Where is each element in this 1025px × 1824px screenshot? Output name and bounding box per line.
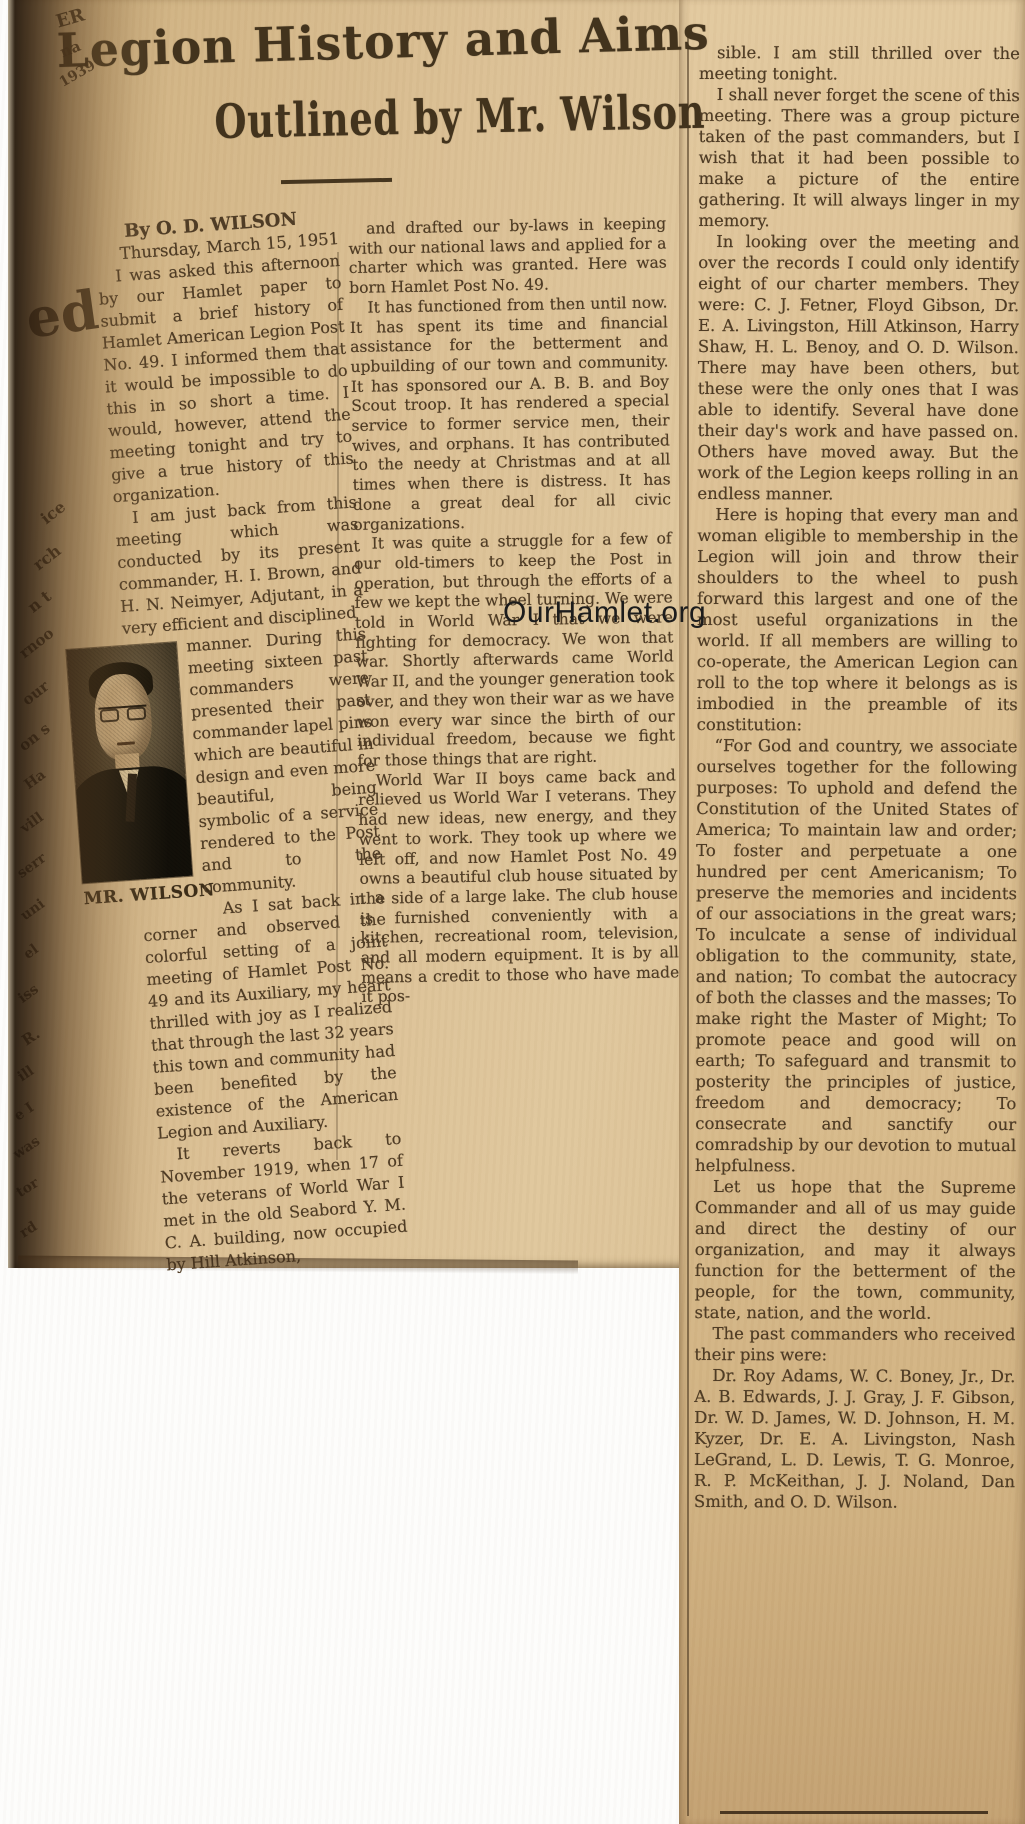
column-rule-2-3 <box>687 36 689 1816</box>
col3-paragraph-8: Dr. Roy Adams, W. C. Boney, Jr., Dr. A. … <box>694 1365 1016 1513</box>
col2-paragraph-2: It has functioned from then until now. I… <box>349 293 671 535</box>
watermark: OurHamlet.org <box>503 596 706 630</box>
photo-halftone-overlay <box>66 642 192 883</box>
col1-paragraph-4: It reverts back to November 1919, when 1… <box>158 1128 410 1277</box>
col1-paragraph-2-wrap: manner. During this meeting sixteen past… <box>186 624 382 897</box>
col3-paragraph-4: Here is hoping that every man and woman … <box>697 504 1019 736</box>
col2-paragraph-4: World War II boys came back and relieved… <box>358 766 680 1008</box>
col3-paragraph-5: “For God and country, we associate ourse… <box>695 735 1018 1177</box>
col2-paragraph-1: and drafted our by-laws in keeping with … <box>348 214 667 298</box>
wilson-portrait-photo <box>66 642 192 883</box>
col3-paragraph-2: I shall never forget the scene of this m… <box>698 84 1020 232</box>
article-end-rule <box>720 1811 988 1814</box>
col1-paragraph-2-lead: I am just back from this meeting which w… <box>114 491 366 640</box>
col3-paragraph-3: In looking over the meeting and over the… <box>697 231 1019 505</box>
col3-paragraph-6: Let us hope that the Supreme Commander a… <box>695 1176 1017 1324</box>
headline-line2: Outlined by Mr. Wilson <box>214 85 706 150</box>
newspaper-scan-page: Legion History and Aims Outlined by Mr. … <box>0 0 1025 1824</box>
column-3: sible. I am still thrilled over the meet… <box>694 42 1020 1513</box>
col2-paragraph-3: It was quite a struggle for a few of our… <box>354 530 676 772</box>
col1-paragraph-2: I am just back from this meeting which w… <box>114 491 384 903</box>
photo-block: MR. WILSON <box>66 642 194 910</box>
col1-paragraph-1: I was asked this afternoon by our Hamlet… <box>97 250 356 508</box>
col3-paragraph-1: sible. I am still thrilled over the meet… <box>699 42 1020 85</box>
spine-fragment: ed <box>22 277 102 350</box>
col3-paragraph-7: The past commanders who received their p… <box>694 1323 1015 1366</box>
